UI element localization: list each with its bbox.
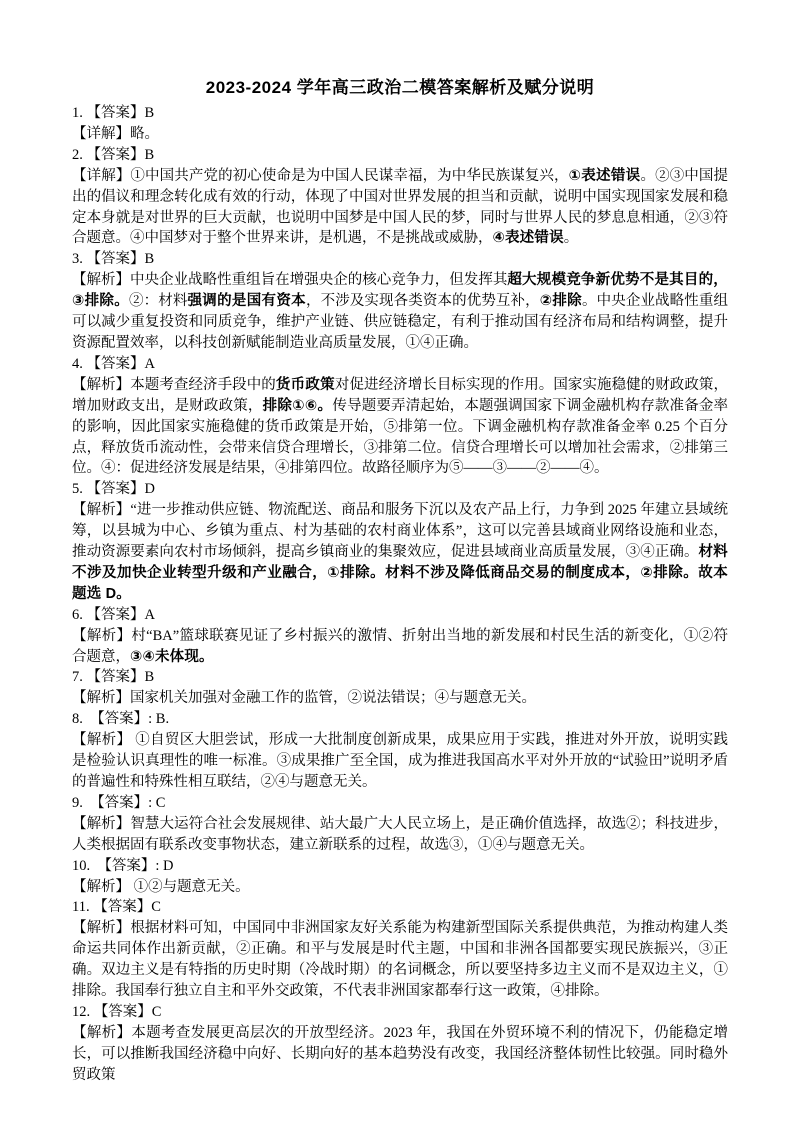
item-3-answer-line: 3. 【答案】B	[72, 249, 728, 270]
item-6-analysis: 【解析】村“BA”篮球联赛见证了乡村振兴的激情、折射出当地的新发展和村民生活的新…	[72, 626, 728, 668]
document-page: 2023-2024 学年高三政治二模答案解析及赋分说明 1. 【答案】B【详解】…	[0, 0, 794, 1123]
item-10: 10. 【答案】: D【解析】 ①②与题意无关。	[72, 856, 728, 898]
item-4-analysis: 【解析】本题考查经济手段中的货币政策对促进经济增长目标实现的作用。国家实施稳健的…	[72, 375, 728, 480]
item-6: 6. 【答案】A【解析】村“BA”篮球联赛见证了乡村振兴的激情、折射出当地的新发…	[72, 605, 728, 668]
document-title: 2023-2024 学年高三政治二模答案解析及赋分说明	[72, 76, 728, 100]
item-9-analysis: 【解析】智慧大运符合社会发展规律、站大最广大人民立场上，是正确价值选择，故选②；…	[72, 814, 728, 856]
item-6-answer-line: 6. 【答案】A	[72, 605, 728, 626]
item-9-answer-line: 9. 【答案】: C	[72, 793, 728, 814]
item-10-answer-line: 10. 【答案】: D	[72, 856, 728, 877]
item-4: 4. 【答案】A【解析】本题考查经济手段中的货币政策对促进经济增长目标实现的作用…	[72, 354, 728, 479]
item-11: 11. 【答案】C【解析】根据材料可知，中国同中非洲国家友好关系能为构建新型国际…	[72, 897, 728, 1002]
item-11-answer-line: 11. 【答案】C	[72, 897, 728, 918]
item-1-analysis: 【详解】略。	[72, 124, 728, 145]
item-12-answer-line: 12. 【答案】C	[72, 1002, 728, 1023]
item-4-answer-line: 4. 【答案】A	[72, 354, 728, 375]
item-8: 8. 【答案】: B.【解析】 ①自贸区大胆尝试，形成一大批制度创新成果，成果应…	[72, 709, 728, 793]
answer-key-list: 1. 【答案】B【详解】略。2. 【答案】B【详解】①中国共产党的初心使命是为中…	[72, 103, 728, 1086]
item-12-analysis: 【解析】本题考查发展更高层次的开放型经济。2023 年，我国在外贸环境不利的情况…	[72, 1023, 728, 1086]
item-7-analysis: 【解析】国家机关加强对金融工作的监管，②说法错误；④与题意无关。	[72, 688, 728, 709]
item-8-answer-line: 8. 【答案】: B.	[72, 709, 728, 730]
item-12: 12. 【答案】C【解析】本题考查发展更高层次的开放型经济。2023 年，我国在…	[72, 1002, 728, 1086]
item-10-analysis: 【解析】 ①②与题意无关。	[72, 877, 728, 898]
item-7-answer-line: 7. 【答案】B	[72, 667, 728, 688]
item-5-analysis: 【解析】“进一步推动供应链、物流配送、商品和服务下沉以及农产品上行，力争到 20…	[72, 500, 728, 605]
item-2-answer-line: 2. 【答案】B	[72, 145, 728, 166]
item-1: 1. 【答案】B【详解】略。	[72, 103, 728, 145]
item-8-analysis: 【解析】 ①自贸区大胆尝试，形成一大批制度创新成果，成果应用于实践，推进对外开放…	[72, 730, 728, 793]
item-5: 5. 【答案】D【解析】“进一步推动供应链、物流配送、商品和服务下沉以及农产品上…	[72, 479, 728, 604]
item-11-analysis: 【解析】根据材料可知，中国同中非洲国家友好关系能为构建新型国际关系提供典范，为推…	[72, 918, 728, 1002]
item-7: 7. 【答案】B【解析】国家机关加强对金融工作的监管，②说法错误；④与题意无关。	[72, 667, 728, 709]
item-5-answer-line: 5. 【答案】D	[72, 479, 728, 500]
item-9: 9. 【答案】: C【解析】智慧大运符合社会发展规律、站大最广大人民立场上，是正…	[72, 793, 728, 856]
item-3-analysis: 【解析】中央企业战略性重组旨在增强央企的核心竞争力，但发挥其超大规模竞争新优势不…	[72, 270, 728, 354]
item-2: 2. 【答案】B【详解】①中国共产党的初心使命是为中国人民谋幸福，为中华民族谋复…	[72, 145, 728, 250]
item-3: 3. 【答案】B【解析】中央企业战略性重组旨在增强央企的核心竞争力，但发挥其超大…	[72, 249, 728, 354]
document-content: 2023-2024 学年高三政治二模答案解析及赋分说明 1. 【答案】B【详解】…	[72, 76, 728, 1086]
item-1-answer-line: 1. 【答案】B	[72, 103, 728, 124]
item-2-analysis: 【详解】①中国共产党的初心使命是为中国人民谋幸福，为中华民族谋复兴，①表述错误。…	[72, 166, 728, 250]
